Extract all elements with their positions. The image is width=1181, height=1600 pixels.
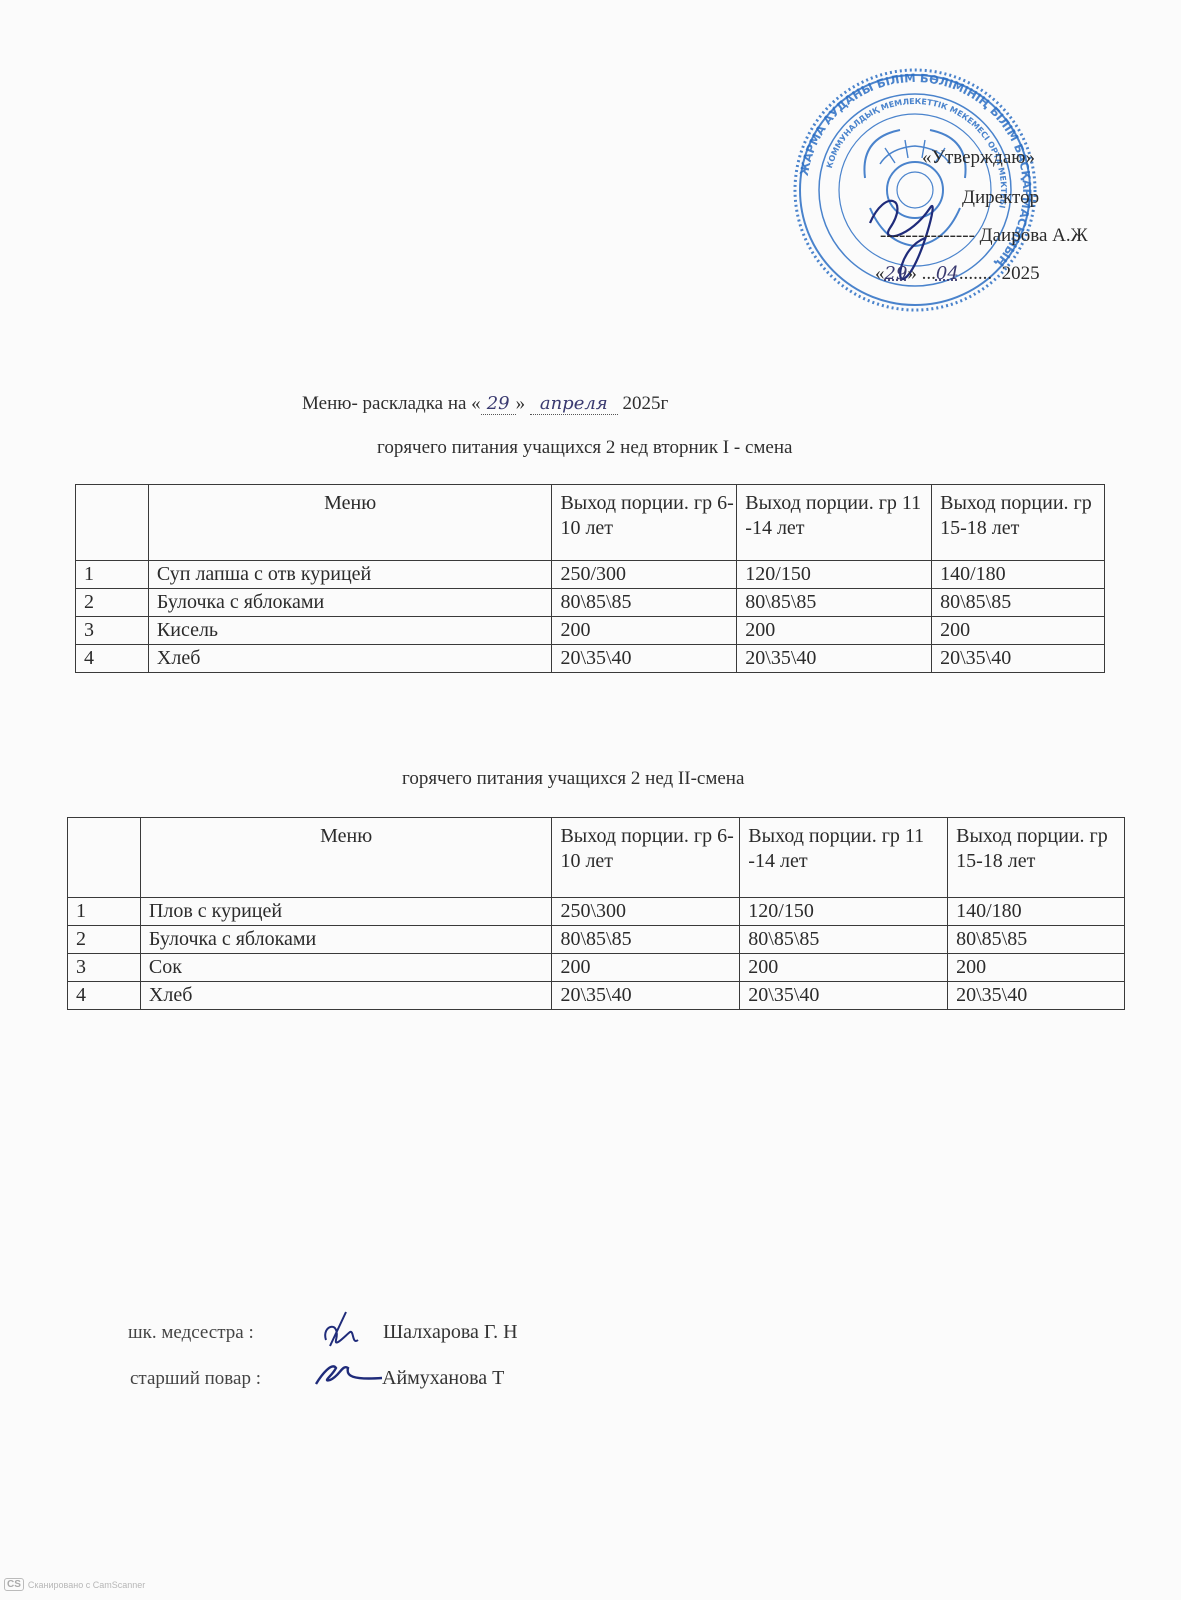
shift1-menu-table: Меню Выход порции. гр 6-10 лет Выход пор… (75, 484, 1105, 673)
cell-g1: 80\85\85 (552, 589, 737, 617)
cell-dish: Булочка с яблоками (140, 926, 552, 954)
cell-dish: Булочка с яблоками (148, 589, 552, 617)
cell-g3: 80\85\85 (932, 589, 1105, 617)
header-menu: Меню (140, 818, 552, 898)
cell-g3: 80\85\85 (948, 926, 1125, 954)
cell-g1: 250\300 (552, 898, 740, 926)
cell-g2: 120/150 (740, 898, 948, 926)
cell-dish: Хлеб (148, 645, 552, 673)
title-suffix: 2025г (618, 393, 669, 414)
cell-g3: 140/180 (932, 561, 1105, 589)
cell-dish: Плов с курицей (140, 898, 552, 926)
header-num (76, 485, 149, 561)
cell-n: 4 (76, 645, 149, 673)
table-row: 4Хлеб20\35\4020\35\4020\35\40 (76, 645, 1105, 673)
cell-g2: 200 (737, 617, 932, 645)
cell-n: 3 (68, 954, 141, 982)
scanner-watermark: CS Сканировано с CamScanner (4, 1578, 145, 1591)
cell-dish: Сок (140, 954, 552, 982)
approval-role: Директор (962, 188, 1039, 207)
approval-date: «29» ...04....... 2025 (875, 264, 1040, 283)
cell-g3: 200 (932, 617, 1105, 645)
title-month: апреля (530, 393, 618, 415)
cell-n: 2 (68, 926, 141, 954)
header-group-6-10: Выход порции. гр 6-10 лет (552, 485, 737, 561)
header-group-11-14: Выход порции. гр 11 -14 лет (740, 818, 948, 898)
cell-n: 1 (68, 898, 141, 926)
table-header-row: Меню Выход порции. гр 6-10 лет Выход пор… (68, 818, 1125, 898)
cell-n: 4 (68, 982, 141, 1010)
cell-g1: 20\35\40 (552, 982, 740, 1010)
cell-g1: 20\35\40 (552, 645, 737, 673)
approval-day: 29 (885, 263, 908, 284)
cook-signature (312, 1354, 384, 1390)
header-menu: Меню (148, 485, 552, 561)
table-row: 1Плов с курицей250\300120/150140/180 (68, 898, 1125, 926)
approval-heading: «Утверждаю» (922, 148, 1035, 167)
cell-g2: 200 (740, 954, 948, 982)
cook-role: старший повар : (130, 1368, 261, 1390)
cell-g1: 80\85\85 (552, 926, 740, 954)
cook-name: Аймуханова Т (382, 1367, 504, 1390)
page-title: Меню- раскладка на «29» апреля 2025г (302, 393, 668, 415)
shift1-subtitle: горячего питания учащихся 2 нед вторник … (377, 437, 792, 459)
cell-dish: Кисель (148, 617, 552, 645)
header-group-11-14: Выход порции. гр 11 -14 лет (737, 485, 932, 561)
cell-g2: 80\85\85 (740, 926, 948, 954)
scanner-text: Сканировано с CamScanner (28, 1580, 145, 1590)
table-row: 2Булочка с яблоками80\85\8580\85\8580\85… (68, 926, 1125, 954)
table-header-row: Меню Выход порции. гр 6-10 лет Выход пор… (76, 485, 1105, 561)
cell-n: 2 (76, 589, 149, 617)
cell-g2: 20\35\40 (740, 982, 948, 1010)
title-prefix: Меню- раскладка на « (302, 393, 481, 414)
table-row: 4Хлеб20\35\4020\35\4020\35\40 (68, 982, 1125, 1010)
table-row: 3Сок200200200 (68, 954, 1125, 982)
table-row: 1Суп лапша с отв курицей250/300120/15014… (76, 561, 1105, 589)
header-group-15-18: Выход порции. гр 15-18 лет (932, 485, 1105, 561)
cell-g3: 140/180 (948, 898, 1125, 926)
table-row: 3Кисель200200200 (76, 617, 1105, 645)
cell-g2: 80\85\85 (737, 589, 932, 617)
header-num (68, 818, 141, 898)
approval-month: 04 (936, 263, 959, 284)
cell-g3: 20\35\40 (948, 982, 1125, 1010)
nurse-name: Шалхарова Г. Н (383, 1321, 518, 1344)
cell-n: 1 (76, 561, 149, 589)
nurse-role: шк. медсестра : (128, 1322, 254, 1344)
cell-g3: 200 (948, 954, 1125, 982)
camscanner-logo-icon: CS (4, 1578, 24, 1591)
header-group-15-18: Выход порции. гр 15-18 лет (948, 818, 1125, 898)
nurse-signature (316, 1310, 366, 1352)
date-quote: « (875, 263, 885, 284)
cell-g2: 20\35\40 (737, 645, 932, 673)
cell-g1: 250/300 (552, 561, 737, 589)
table-row: 2Булочка с яблоками80\85\8580\85\8580\85… (76, 589, 1105, 617)
cell-dish: Суп лапша с отв курицей (148, 561, 552, 589)
cell-g2: 120/150 (737, 561, 932, 589)
approval-name: --------------- Даирова А.Ж (880, 226, 1088, 245)
cell-n: 3 (76, 617, 149, 645)
cell-g1: 200 (552, 954, 740, 982)
header-group-6-10: Выход порции. гр 6-10 лет (552, 818, 740, 898)
shift2-subtitle: горячего питания учащихся 2 нед II-смена (402, 768, 744, 790)
cell-g1: 200 (552, 617, 737, 645)
title-mid: » (516, 393, 530, 414)
title-day: 29 (481, 393, 516, 415)
shift2-menu-table: Меню Выход порции. гр 6-10 лет Выход пор… (67, 817, 1125, 1010)
cell-g3: 20\35\40 (932, 645, 1105, 673)
approval-year: 2025 (1002, 263, 1040, 284)
cell-dish: Хлеб (140, 982, 552, 1010)
